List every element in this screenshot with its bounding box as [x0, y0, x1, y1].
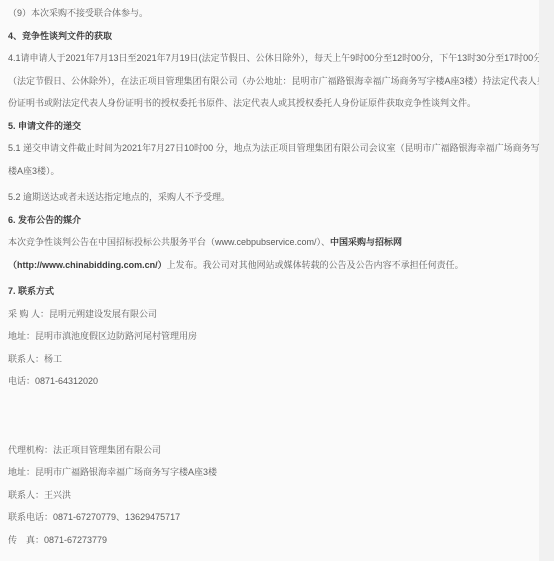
section-4-heading: 4、竞争性谈判文件的获取	[8, 25, 539, 48]
section-6-heading: 6. 发布公告的媒介	[8, 209, 539, 232]
clause-4-1: 4.1请申请人于2021年7月13日至2021年7月19日(法定节假日、公休日除…	[8, 47, 539, 115]
clause-5-1: 5.1 递交申请文件截止时间为2021年7月27日10时00 分，地点为法正项目…	[8, 137, 539, 182]
agency-address: 地址：昆明市广福路银海幸福广场商务写字楼A座3楼	[8, 461, 539, 484]
clause-5-2: 5.2 逾期送达或者未送达指定地点的，采购人不予受理。	[8, 186, 539, 209]
clause-9-note: （9）本次采购不接受联合体参与。	[8, 2, 539, 25]
media-platform-text: 本次竞争性谈判公告在中国招标投标公共服务平台（www.cebpubservice…	[8, 237, 330, 247]
agency-name: 代理机构：法正项目管理集团有限公司	[8, 439, 539, 462]
section-5-heading: 5. 申请文件的递交	[8, 115, 539, 138]
purchaser-phone: 电话：0871-64312020	[8, 370, 539, 393]
purchaser-address: 地址：昆明市滇池度假区边防路河尾村管理用房	[8, 325, 539, 348]
purchaser-name: 采 购 人：昆明元朔建设发展有限公司	[8, 303, 539, 326]
media-site-url: （http://www.chinabidding.com.cn/）	[8, 260, 167, 270]
announcement-body: （9）本次采购不接受联合体参与。 4、竞争性谈判文件的获取 4.1请申请人于20…	[0, 0, 539, 551]
media-site-name: 中国采购与招标网	[330, 237, 402, 247]
media-line-2: （http://www.chinabidding.com.cn/）上发布。我公司…	[8, 254, 539, 277]
agency-phone: 联系电话：0871-67270779、13629475717	[8, 506, 539, 529]
agency-fax: 传 真：0871-67273779	[8, 529, 539, 552]
media-line-1: 本次竞争性谈判公告在中国招标投标公共服务平台（www.cebpubservice…	[8, 231, 539, 254]
agency-contact: 联系人：王兴洪	[8, 484, 539, 507]
section-7-heading: 7. 联系方式	[8, 280, 539, 303]
scrollbar-track[interactable]	[539, 0, 554, 561]
media-tail-text: 上发布。我公司对其他网站或媒体转载的公告及公告内容不承担任何责任。	[167, 260, 464, 270]
purchaser-contact: 联系人：杨工	[8, 348, 539, 371]
section-spacer	[8, 393, 539, 439]
